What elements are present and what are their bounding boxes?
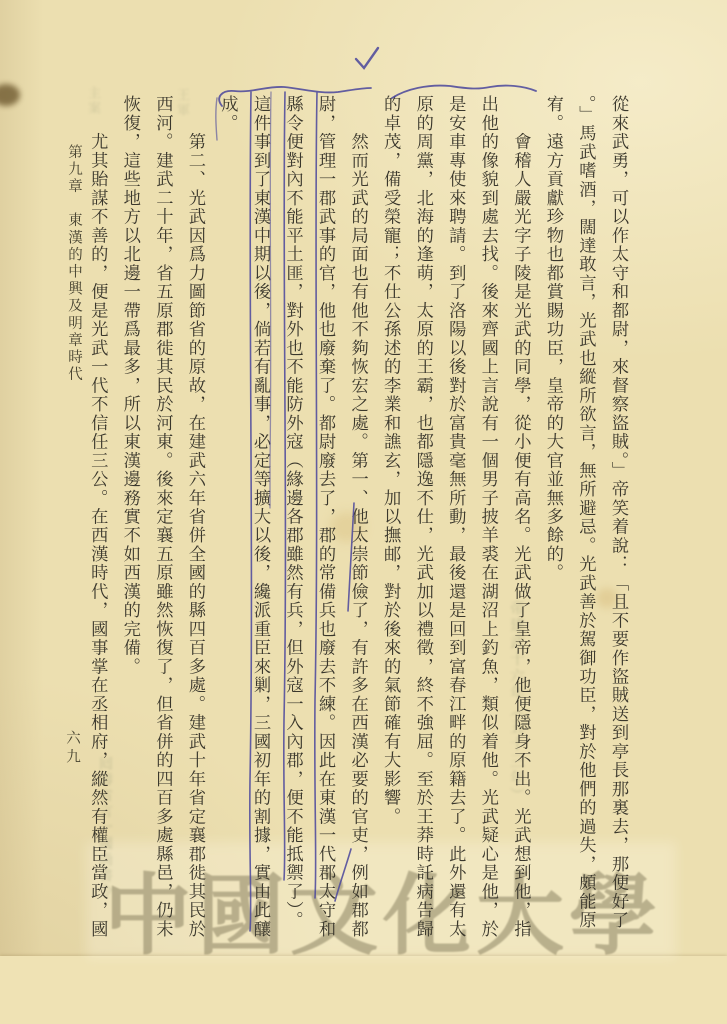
text-column-7: 原的周黨，北海的逢萌，太原的王霸，也都隱逸不仕，光武加以禮徵，終不強屈。至於王莽… <box>406 95 439 943</box>
chapter-header: 第九章 東漢的中興及明章時代 <box>64 144 85 383</box>
text-column-13: 成。 <box>211 95 244 943</box>
text-column-9: 然而光武的局面也有他不夠恢宏之處。第一、他太崇節儉了，有許多在西漢必要的官吏，例… <box>341 95 374 943</box>
text-column-3: 宥。遠方貢獻珍物也都賞賜功臣，皇帝的大官並無多餘的。 <box>536 95 569 943</box>
text-column-2: 。」馬武嗜酒，闊達敢言，光武也縱所欲言，無所避忌。光武善於駕御功臣，對於他們的過… <box>569 95 602 943</box>
text-column-4: 會稽人嚴光字子陵是光武的同學，從小便有高名。光武做了皇帝，他便隱身不出。光武想到… <box>504 95 537 943</box>
text-column-5: 出他的像貌到處去找。後來齊國上言說有一個男子披羊裘在湖沼上釣魚，類似着他。光武疑… <box>471 95 504 943</box>
text-block: 從來武勇，可以作太守和都尉，來督察盜賊。」帝笑着說：「且不要作盜賊送到亭長那裏去… <box>81 95 634 943</box>
text-column-15: 西河。建武二十年，省五原郡徙其民於河東。後來定襄五原雖然恢復了，但省併的四百多處… <box>146 95 179 943</box>
text-column-16: 恢復，這些地方以北邊一帶爲最多，所以東漢邊務實不如西漢的完備。 <box>113 95 146 943</box>
text-column-17: 尤其貽謀不善的，便是光武一代不信任三公。在西漢時代，國事掌在丞相府，縱然有權臣當… <box>81 95 114 943</box>
text-column-8: 的卓茂，備受榮寵；不仕公孫述的李業和譙玄，加以撫邮，對於後來的氣節確有大影響。 <box>374 95 407 943</box>
text-column-10: 尉，管理一郡武事的官，他也廢棄了。都尉廢去了，郡的常備兵也廢去不練。因此在東漢一… <box>309 95 342 943</box>
scanned-book-page: 帝建武十六年（五十三年）囘壽省言一國尚書令主案王軍 中國文化大學 從來武勇，可以… <box>0 0 727 1024</box>
corner-stain <box>0 84 20 106</box>
text-column-14: 第二、光武因爲力圖節省的原故，在建武六年省併全國的縣四百多處。建武十年省定襄郡徙… <box>178 95 211 943</box>
text-column-1: 從來武勇，可以作太守和都尉，來督察盜賊。」帝笑着說：「且不要作盜賊送到亭長那裏去… <box>601 95 634 943</box>
text-column-12: 這件事到了東漢中期以後，倘若有亂事，必定等擴大以後，纔派重臣來剿，三國初年的割據… <box>243 95 276 943</box>
text-column-6: 是安車專使來聘請。到了洛陽以後對於富貴毫無所動，最後還是回到富春江畔的原籍去了。… <box>439 95 472 943</box>
page-number: 六九 <box>62 730 83 767</box>
pen-checkmark-icon <box>356 48 378 68</box>
text-column-11: 縣令便對內不能平土匪，對外也不能防外寇（緣邊各郡雖然有兵，但外寇一入內郡，便不能… <box>276 95 309 943</box>
